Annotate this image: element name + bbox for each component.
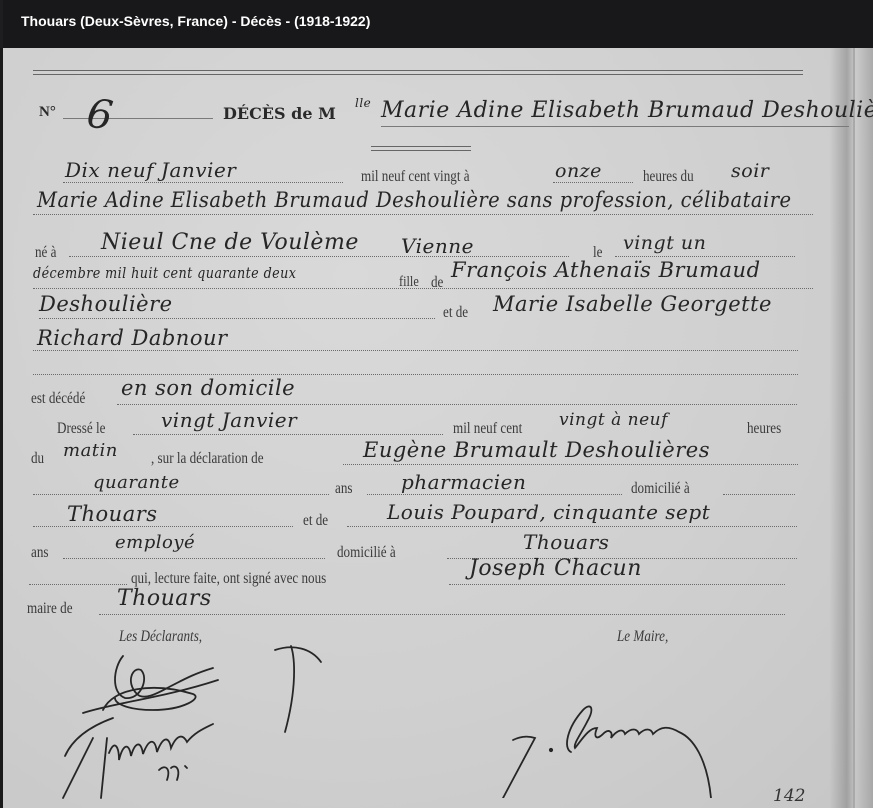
line9-printed-declaration: , sur la déclaration de	[151, 450, 264, 468]
line1-printed-year: mil neuf cent vingt à	[361, 168, 470, 186]
viewer-title-bar: Thouars (Deux-Sèvres, France) - Décès - …	[0, 0, 873, 48]
record-hour: vingt à neuf	[559, 410, 668, 430]
mother-name: Marie Isabelle Georgette	[493, 292, 772, 316]
line14-dots	[99, 614, 785, 615]
line11-dots-b	[347, 526, 797, 527]
line1-dots-b	[553, 182, 633, 183]
line12-dots-a	[63, 558, 325, 559]
record-number-label: N°	[39, 104, 56, 121]
line10-printed-domicile: domicilié à	[631, 480, 690, 498]
page-margin-edge	[853, 48, 855, 808]
line1-dots-a	[63, 182, 343, 183]
collection-title: Thouars (Deux-Sèvres, France) - Décès - …	[21, 13, 370, 29]
line3-printed-born: né à	[35, 244, 56, 262]
declarant-residence: Thouars	[67, 502, 158, 526]
deceased-name-heading: Marie Adine Elisabeth Brumaud Deshoulièr…	[381, 98, 873, 123]
line5-printed-et-de: et de	[443, 304, 468, 322]
line12-printed-domicile: domicilié à	[337, 544, 396, 562]
page-number: 142	[773, 786, 805, 806]
father-name-continued: Deshoulière	[39, 292, 173, 316]
line9-printed-du: du	[31, 450, 44, 468]
line6b-dots	[33, 374, 798, 375]
death-day: Dix neuf Janvier	[65, 158, 236, 182]
mayor-name: Joseph Chacun	[469, 556, 642, 581]
mayor-signature	[493, 688, 813, 798]
line11-printed-et-de: et de	[303, 512, 328, 530]
line14-printed-mayor-of: maire de	[27, 600, 73, 618]
heading-underline	[381, 126, 849, 127]
deceased-full-name: Marie Adine Elisabeth Brumaud Deshoulièr…	[37, 188, 792, 212]
witness-profession: employé	[115, 532, 195, 553]
line10-dots-b	[367, 494, 622, 495]
father-name: François Athenaïs Brumaud	[451, 258, 761, 282]
line8-printed-year: mil neuf cent	[453, 420, 522, 438]
death-place: en son domicile	[121, 376, 295, 400]
line4-dots	[33, 288, 813, 289]
birth-date-continued: décembre mil huit cent quarante deux	[33, 264, 296, 282]
birth-date: vingt un	[623, 232, 706, 254]
record-number: 6	[84, 90, 116, 139]
line8-printed-drafted: Dressé le	[57, 420, 105, 438]
declarant-profession: pharmacien	[401, 470, 526, 494]
heading-title-abbrev: lle	[355, 96, 371, 110]
line8-printed-hours: heures	[747, 420, 781, 438]
line8-dots-a	[133, 434, 443, 435]
top-rule	[33, 70, 803, 75]
mayor-town: Thouars	[117, 586, 212, 611]
declarant-name: Eugène Brumault Deshoulières	[363, 438, 710, 462]
witness-residence: Thouars	[523, 530, 609, 554]
record-time-of-day: matin	[63, 440, 118, 461]
line3-dots-a	[69, 256, 569, 257]
death-hour: onze	[555, 160, 602, 182]
declarant-signatures	[53, 638, 373, 808]
line10-dots-a	[33, 494, 329, 495]
document-scan[interactable]: N° 6 DÉCÈS de M lle Marie Adine Elisabet…	[3, 48, 873, 808]
line7-dots	[117, 404, 797, 405]
birth-place: Nieul Cne de Voulème	[101, 230, 359, 255]
line5-dots-a	[39, 318, 435, 319]
line9-dots	[343, 464, 798, 465]
death-time-of-day: soir	[731, 160, 769, 182]
line4-printed-de: de	[431, 274, 443, 292]
line7-printed-deceased: est décédé	[31, 390, 85, 408]
line1-printed-hours: heures du	[643, 168, 694, 186]
line10-printed-ans: ans	[335, 480, 352, 498]
heading-separator	[371, 146, 471, 151]
line3-dots-b	[615, 256, 795, 257]
line11-dots-a	[33, 526, 293, 527]
mayor-label: Le Maire,	[617, 628, 668, 646]
heading-prefix: DÉCÈS de M	[223, 104, 336, 123]
record-date: vingt Janvier	[161, 408, 297, 432]
witness-name-age: Louis Poupard, cinquante sept	[387, 500, 710, 524]
line6-dots	[33, 350, 798, 351]
line13-dots-b	[449, 584, 785, 585]
birth-department: Vienne	[401, 234, 474, 258]
line12-printed-ans: ans	[31, 544, 48, 562]
declarant-age: quarante	[93, 472, 180, 493]
mother-name-continued: Richard Dabnour	[37, 326, 228, 350]
line10-dots-c	[723, 494, 795, 495]
line13-dots-a	[29, 584, 127, 585]
line2-dots	[33, 214, 813, 215]
